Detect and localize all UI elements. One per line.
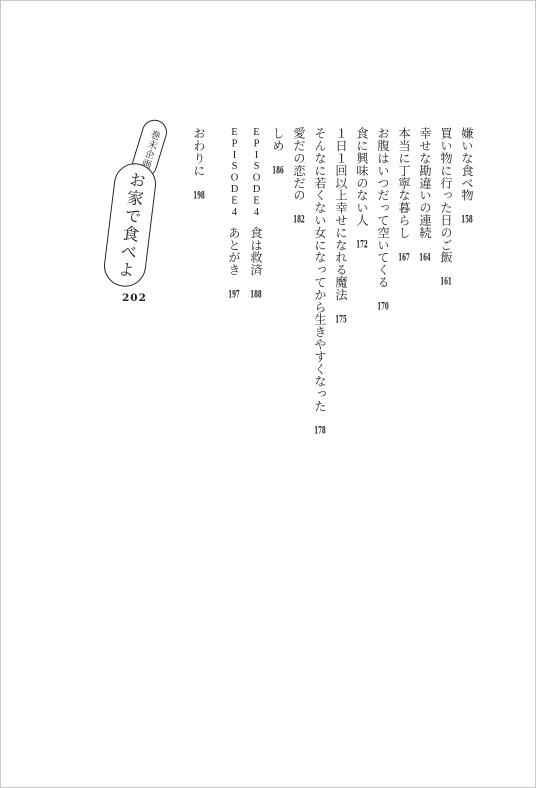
toc-entry-title: 食は救済 bbox=[249, 226, 263, 276]
toc-entry-title: しめ bbox=[271, 127, 285, 152]
special-feature-page: 202 bbox=[122, 292, 147, 304]
toc-entry-page: 158 bbox=[461, 214, 473, 225]
toc-entry-page: 188 bbox=[250, 289, 262, 300]
special-feature-title: お家で食べよ bbox=[112, 170, 149, 280]
toc-entry: お腹はいつだって空いてくる170 bbox=[372, 127, 393, 459]
toc-entry: １日１回以上幸せになれる魔法175 bbox=[330, 127, 351, 459]
toc-entry-page: 161 bbox=[440, 276, 452, 287]
toc-entry: しめ186 bbox=[267, 127, 288, 459]
toc-entry-page: 186 bbox=[272, 165, 284, 176]
toc-entry-title: １日１回以上幸せになれる魔法 bbox=[334, 127, 348, 301]
toc-entry: 食に興味のない人172 bbox=[351, 127, 372, 459]
toc-entry-title: お腹はいつだって空いてくる bbox=[376, 127, 390, 288]
toc-entry-episode: EPISODE4あとがき197 bbox=[223, 127, 245, 459]
toc-entry: 買い物に行った日のご飯161 bbox=[435, 127, 456, 459]
special-feature-oval: お家で食べよ bbox=[102, 161, 159, 289]
toc-entry-episode-label: EPISODE4 bbox=[251, 127, 262, 218]
toc-entry: 愛だの恋だの182 bbox=[288, 127, 309, 459]
toc-entry-title: そんなに若くない女になってから生きやすくなった bbox=[313, 127, 327, 412]
toc-entry-title: 愛だの恋だの bbox=[292, 127, 306, 201]
toc-entry: そんなに若くない女になってから生きやすくなった178 bbox=[309, 127, 330, 459]
toc-entry-title: 買い物に行った日のご飯 bbox=[439, 127, 453, 263]
toc-entry: 本当に丁寧な暮らし167 bbox=[393, 127, 414, 459]
toc-entry-title: 嫌いな食べ物 bbox=[460, 127, 474, 201]
toc-entry-page: 164 bbox=[419, 252, 431, 263]
toc-entry-owarini: おわりに198 bbox=[188, 127, 209, 459]
toc-entry-title: おわりに bbox=[192, 127, 206, 177]
toc-entry-title: 本当に丁寧な暮らし bbox=[397, 127, 411, 239]
toc-column-list: 嫌いな食べ物158 買い物に行った日のご飯161 幸せな勘違いの連続164 本当… bbox=[188, 127, 477, 459]
toc-entry-episode-label: EPISODE4 bbox=[229, 127, 240, 218]
toc-entry-page: 172 bbox=[356, 239, 368, 250]
toc-entry-page: 197 bbox=[228, 289, 240, 300]
toc-entry-title: 食に興味のない人 bbox=[355, 127, 369, 226]
toc-entry-title: あとがき bbox=[227, 226, 241, 276]
toc-entry: 幸せな勘違いの連続164 bbox=[414, 127, 435, 459]
toc-entry-page: 167 bbox=[398, 252, 410, 263]
toc-entry-episode: EPISODE4食は救済188 bbox=[245, 127, 267, 459]
toc-entry-page: 198 bbox=[193, 190, 205, 201]
toc-entry-page: 170 bbox=[377, 301, 389, 312]
toc-entry-page: 178 bbox=[314, 425, 326, 436]
toc-entry-page: 182 bbox=[293, 214, 305, 225]
toc-entry: 嫌いな食べ物158 bbox=[456, 127, 477, 459]
toc-entry-page: 175 bbox=[335, 314, 347, 325]
toc-entry-title: 幸せな勘違いの連続 bbox=[418, 127, 432, 239]
book-toc-page: 嫌いな食べ物158 買い物に行った日のご飯161 幸せな勘違いの連続164 本当… bbox=[0, 0, 536, 788]
